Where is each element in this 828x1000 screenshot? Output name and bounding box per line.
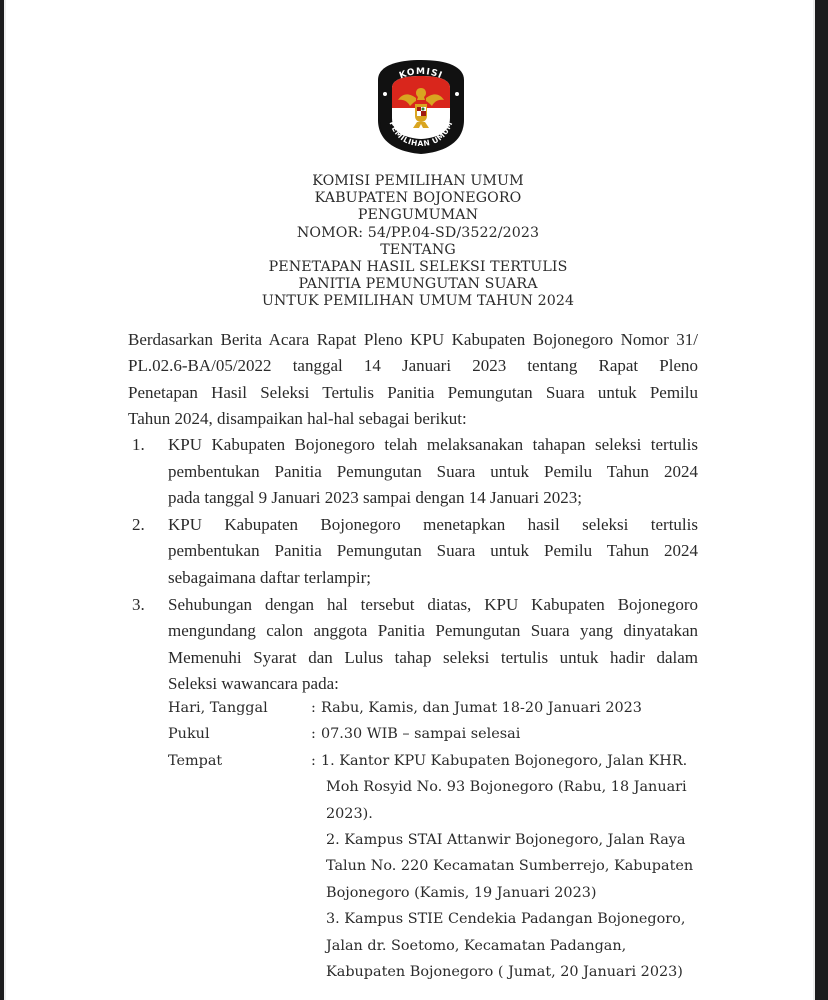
numbered-list: 1. KPU Kabupaten Bojonegoro telah melaks…: [128, 432, 698, 698]
place-line: Moh Rosyid No. 93 Bojonegoro (Rabu, 18 J…: [326, 774, 708, 800]
place-line: Jalan dr. Soetomo, Kecamatan Padangan,: [326, 933, 708, 959]
detail-label: Tempat: [168, 748, 222, 774]
viewer-frame: KOMISI PEMILIHAN UMUM KOMISI PEMILIHAN U…: [0, 0, 828, 1000]
list-item-number: 1.: [132, 432, 145, 459]
list-item-line: Seleksi wawancara pada:: [168, 671, 698, 698]
detail-value: Rabu, Kamis, dan Jumat 18-20 Januari 202…: [321, 695, 708, 721]
place-line: Bojonegoro (Kamis, 19 Januari 2023): [326, 880, 708, 906]
detail-label: Pukul: [168, 721, 210, 747]
list-item-line: pada tanggal 9 Januari 2023 sampai denga…: [168, 485, 698, 512]
list-item-line: KPU Kabupaten Bojonegoro telah melaksana…: [168, 432, 698, 459]
heading-line-number: NOMOR: 54/PP.04-SD/3522/2023: [6, 225, 815, 242]
place-line: Talun No. 220 Kecamatan Sumberrejo, Kabu…: [326, 853, 708, 879]
detail-colon: :: [311, 721, 316, 747]
intro-line: Berdasarkan Berita Acara Rapat Pleno KPU…: [128, 327, 698, 353]
place-line: 3. Kampus STIE Cendekia Padangan Bojoneg…: [326, 906, 708, 932]
detail-colon: :: [311, 748, 316, 774]
heading-line-institution: KOMISI PEMILIHAN UMUM: [6, 173, 815, 190]
list-item-line: pembentukan Panitia Pemungutan Suara unt…: [168, 538, 698, 565]
intro-line: Penetapan Hasil Seleksi Tertulis Panitia…: [128, 380, 698, 406]
list-item-line: mengundang calon anggota Panitia Pemungu…: [168, 618, 698, 645]
list-item-line: KPU Kabupaten Bojonegoro menetapkan hasi…: [168, 512, 698, 539]
place-line: Kabupaten Bojonegoro ( Jumat, 20 Januari…: [326, 959, 708, 985]
document-heading: KOMISI PEMILIHAN UMUM KABUPATEN BOJONEGO…: [6, 173, 815, 311]
place-line: 2. Kampus STAI Attanwir Bojonegoro, Jala…: [326, 827, 708, 853]
list-item: 3. Sehubungan dengan hal tersebut diatas…: [128, 592, 698, 698]
detail-row-time: Pukul : 07.30 WIB – sampai selesai: [168, 721, 708, 747]
intro-line: Tahun 2024, disampaikan hal-hal sebagai …: [128, 406, 698, 432]
heading-line-subject-3: UNTUK PEMILIHAN UMUM TAHUN 2024: [6, 293, 815, 310]
detail-row-date: Hari, Tanggal : Rabu, Kamis, dan Jumat 1…: [168, 695, 708, 721]
list-item-line: pembentukan Panitia Pemungutan Suara unt…: [168, 459, 698, 486]
intro-paragraph: Berdasarkan Berita Acara Rapat Pleno KPU…: [128, 327, 698, 432]
detail-colon: :: [311, 695, 316, 721]
list-item-number: 2.: [132, 512, 145, 539]
detail-value: 07.30 WIB – sampai selesai: [321, 721, 708, 747]
list-item-line: sebagaimana daftar terlampir;: [168, 565, 698, 592]
heading-line-about: TENTANG: [6, 242, 815, 259]
intro-line: PL.02.6-BA/05/2022 tanggal 14 Januari 20…: [128, 353, 698, 379]
document-page[interactable]: KOMISI PEMILIHAN UMUM KOMISI PEMILIHAN U…: [4, 0, 815, 1000]
heading-line-subject-1: PENETAPAN HASIL SELEKSI TERTULIS: [6, 259, 815, 276]
detail-row-place: Tempat : 1. Kantor KPU Kabupaten Bojoneg…: [168, 748, 708, 986]
interview-details: Hari, Tanggal : Rabu, Kamis, dan Jumat 1…: [168, 695, 708, 985]
list-item: 1. KPU Kabupaten Bojonegoro telah melaks…: [128, 432, 698, 512]
list-item: 2. KPU Kabupaten Bojonegoro menetapkan h…: [128, 512, 698, 592]
detail-label: Hari, Tanggal: [168, 695, 268, 721]
heading-line-announcement: PENGUMUMAN: [6, 207, 815, 224]
place-line: 2023).: [326, 801, 708, 827]
heading-line-regency: KABUPATEN BOJONEGORO: [6, 190, 815, 207]
place-line: 1. Kantor KPU Kabupaten Bojonegoro, Jala…: [321, 748, 708, 774]
heading-line-subject-2: PANITIA PEMUNGUTAN SUARA: [6, 276, 815, 293]
kpu-logo-icon: KOMISI PEMILIHAN UMUM: [376, 58, 466, 154]
list-item-number: 3.: [132, 592, 145, 619]
list-item-line: Sehubungan dengan hal tersebut diatas, K…: [168, 592, 698, 619]
list-item-line: Memenuhi Syarat dan Lulus tahap seleksi …: [168, 645, 698, 672]
